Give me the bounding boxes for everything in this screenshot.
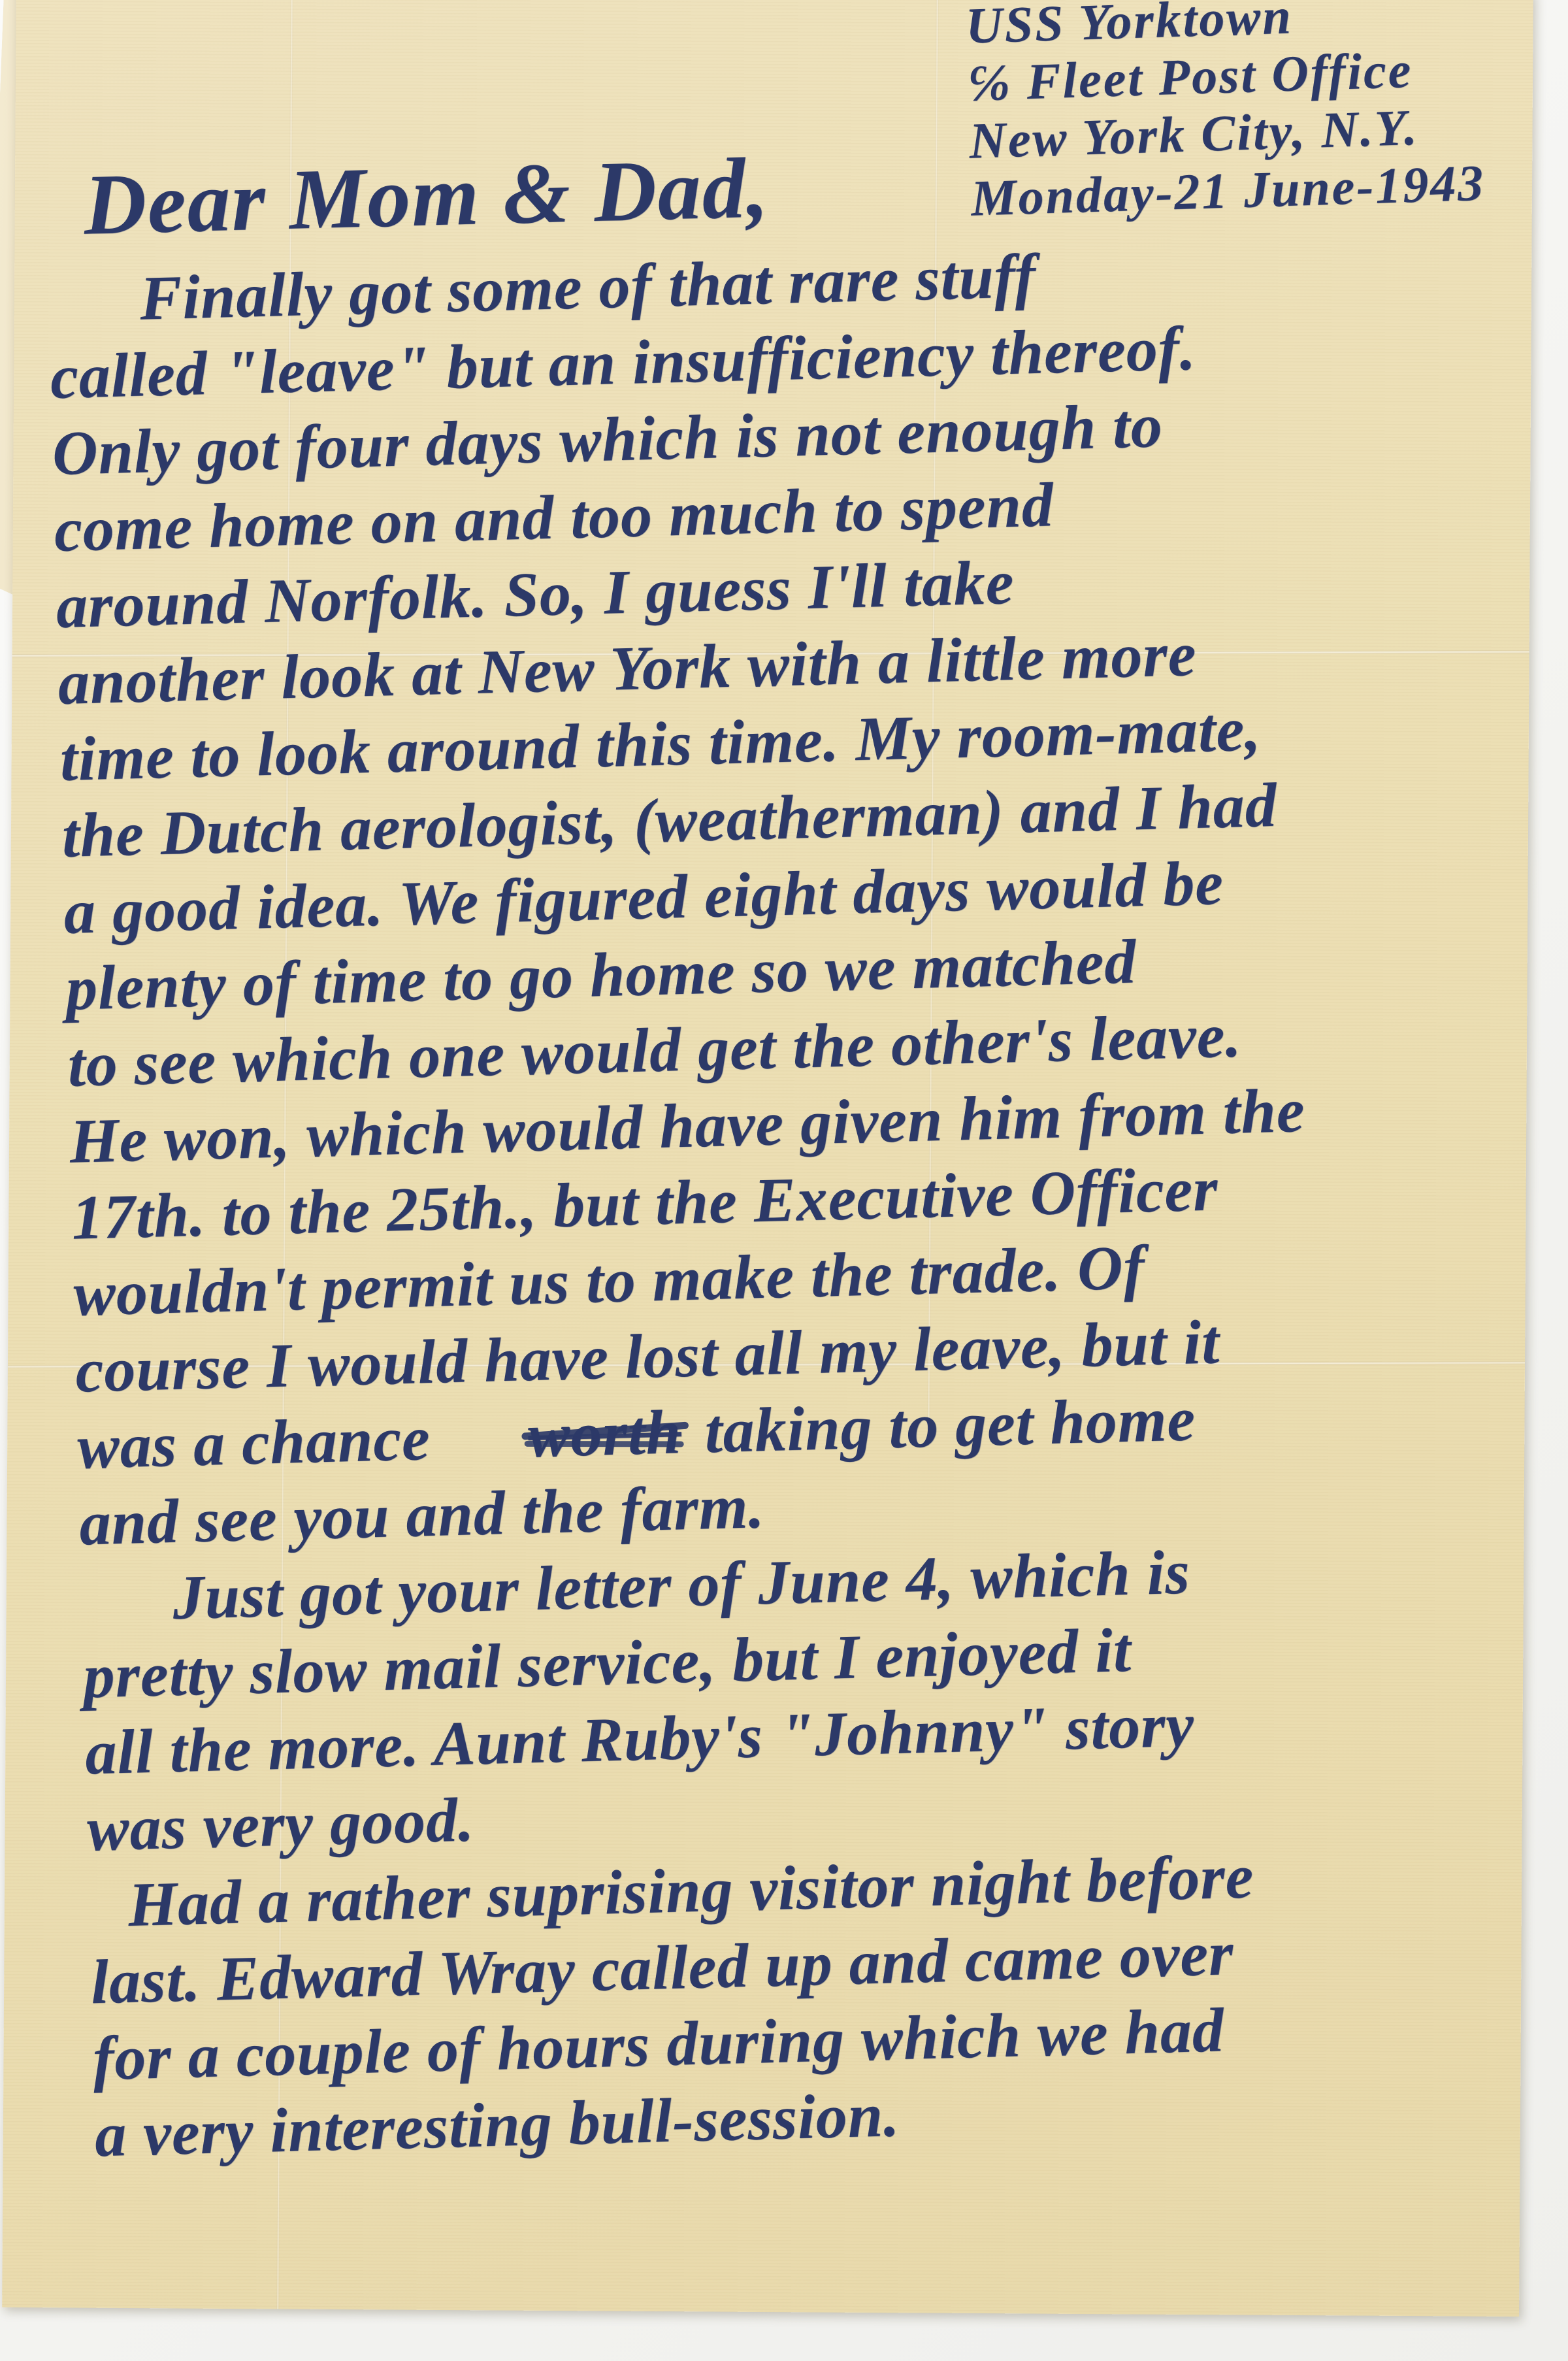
scan-background: USS Yorktown ℅ Fleet Post Office New Yor… bbox=[0, 0, 1568, 2361]
letter-body: Dear Mom & Dad, Finally got some of that… bbox=[44, 112, 1568, 2173]
crossed-out-word: worth bbox=[527, 1393, 682, 1474]
strike-line-pre: was a chance bbox=[76, 1403, 431, 1482]
letter-paper: USS Yorktown ℅ Fleet Post Office New Yor… bbox=[2, 0, 1533, 2317]
strike-line-post: taking to get home bbox=[704, 1383, 1196, 1466]
